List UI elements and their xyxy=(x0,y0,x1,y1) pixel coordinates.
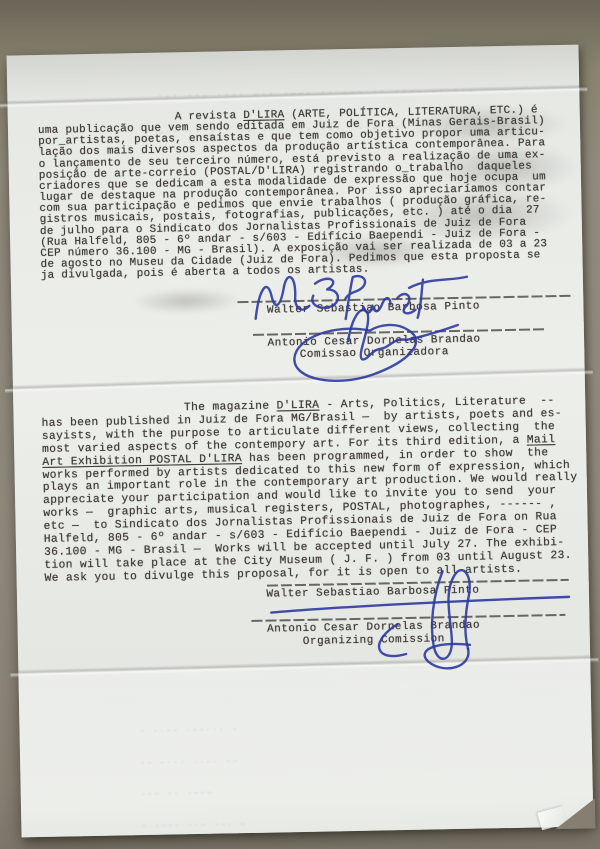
bleed-through-line: ··– ·· ·––– xyxy=(141,787,247,800)
bottom-fold-shading xyxy=(18,660,593,837)
bleed-through-line: ·–· ··– ···· –·· ·––· ·· ––· ·· ···– –· … xyxy=(157,85,475,103)
underlined-title: D'LIRA xyxy=(276,400,319,413)
english-paragraph: The magazine D'LIRA - Arts, Politics, Li… xyxy=(41,395,579,586)
bleed-through-line: – ··–– ·––··· – xyxy=(139,724,245,737)
underlined-phrase: Mail xyxy=(527,434,556,447)
portuguese-paragraph: A revista D'LIRA (ARTE, POLÍTICA, LITERA… xyxy=(38,105,548,282)
bleed-through-text-bottom: – ··–– ·––··· – ·– –··· ··–· –– ··– ·· ·… xyxy=(139,703,247,849)
photo-background: ·–· ··– ···· –·· ·––· ·· ––· ·· ···– –· … xyxy=(0,0,600,849)
signature-ink-english xyxy=(246,561,578,685)
bleed-through-line: – ·––· ··– ·–· – xyxy=(141,819,247,832)
letter-paper: ·–· ··– ···· –·· ·––· ·· ––· ·· ···– –· … xyxy=(7,45,594,838)
signature-ink-antonio xyxy=(281,299,463,394)
dog-ear-corner xyxy=(555,798,596,829)
bleed-through-line: ·– –··· ··–· –– xyxy=(140,756,246,769)
